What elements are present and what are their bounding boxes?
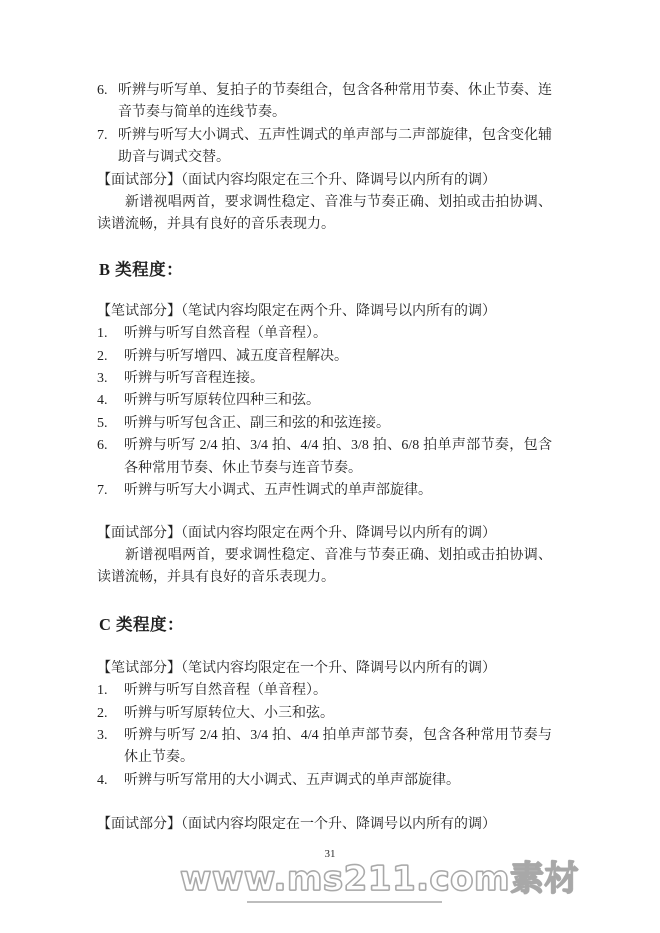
list-item: 2. 听辨与听写增四、减五度音程解决。 (97, 346, 552, 368)
item-number: 1. (97, 680, 124, 702)
item-number: 7. (97, 480, 124, 502)
item-text: 听辨与听写原转位大、小三和弦。 (124, 703, 552, 725)
item-number: 4. (97, 770, 124, 792)
list-item: 7. 听辨与听写大小调式、五声性调式的单声部旋律。 (97, 480, 552, 502)
list-item: 1. 听辨与听写自然音程（单音程）。 (97, 680, 552, 702)
item-number: 3. (97, 368, 124, 390)
item-number: 6. (97, 80, 118, 125)
list-item: 2. 听辨与听写原转位大、小三和弦。 (97, 703, 552, 725)
written-test-header: 【笔试部分】（笔试内容均限定在一个升、降调号以内所有的调） (97, 658, 552, 680)
list-item: 6. 听辨与听写 2/4 拍、3/4 拍、4/4 拍、3/8 拍、6/8 拍单声… (97, 435, 552, 480)
list-item: 5. 听辨与听写包含正、副三和弦的和弦连接。 (97, 413, 552, 435)
item-number: 2. (97, 346, 124, 368)
page-content: 6. 听辨与听写单、复拍子的节奏组合，包含各种常用节奏、休止节奏、连音节奏与简单… (97, 80, 552, 837)
item-text: 听辨与听写自然音程（单音程）。 (124, 323, 552, 345)
watermark-suffix: 素材 (510, 859, 579, 899)
sight-singing-paragraph: 新谱视唱两首，要求调性稳定、音准与节奏正确、划拍或击拍协调、读谱流畅，并具有良好… (97, 545, 552, 590)
list-item: 1. 听辨与听写自然音程（单音程）。 (97, 323, 552, 345)
item-number: 7. (97, 125, 118, 170)
item-text: 听辨与听写 2/4 拍、3/4 拍、4/4 拍、3/8 拍、6/8 拍单声部节奏… (124, 435, 552, 480)
item-text: 听辨与听写大小调式、五声性调式的单声部旋律。 (124, 480, 552, 502)
grade-c-heading: C 类程度： (99, 612, 552, 638)
list-item: 3. 听辨与听写 2/4 拍、3/4 拍、4/4 拍单声部节奏，包含各种常用节奏… (97, 725, 552, 770)
item-number: 6. (97, 435, 124, 480)
list-item: 7. 听辨与听写大小调式、五声性调式的单声部与二声部旋律，包含变化辅助音与调式交… (97, 125, 552, 170)
list-item: 6. 听辨与听写单、复拍子的节奏组合，包含各种常用节奏、休止节奏、连音节奏与简单… (97, 80, 552, 125)
item-text: 听辨与听写原转位四种三和弦。 (124, 390, 552, 412)
item-text: 听辨与听写音程连接。 (124, 368, 552, 390)
grade-b-heading: B 类程度： (99, 257, 552, 283)
list-item: 4. 听辨与听写原转位四种三和弦。 (97, 390, 552, 412)
item-text: 听辨与听写自然音程（单音程）。 (124, 680, 552, 702)
item-number: 2. (97, 703, 124, 725)
watermark: www.ms211.com素材 (180, 859, 579, 899)
item-number: 5. (97, 413, 124, 435)
list-item: 4. 听辨与听写常用的大小调式、五声调式的单声部旋律。 (97, 770, 552, 792)
sight-singing-paragraph: 新谱视唱两首，要求调性稳定、音准与节奏正确、划拍或击拍协调、读谱流畅，并具有良好… (97, 192, 552, 237)
item-text: 听辨与听写 2/4 拍、3/4 拍、4/4 拍单声部节奏，包含各种常用节奏与休止… (124, 725, 552, 770)
interview-test-header: 【面试部分】（面试内容均限定在两个升、降调号以内所有的调） (97, 523, 552, 545)
item-text: 听辨与听写单、复拍子的节奏组合，包含各种常用节奏、休止节奏、连音节奏与简单的连线… (118, 80, 552, 125)
item-number: 3. (97, 725, 124, 770)
item-text: 听辨与听写常用的大小调式、五声调式的单声部旋律。 (124, 770, 552, 792)
item-text: 听辨与听写包含正、副三和弦的和弦连接。 (124, 413, 552, 435)
item-text: 听辨与听写增四、减五度音程解决。 (124, 346, 552, 368)
interview-test-header: 【面试部分】（面试内容均限定在三个升、降调号以内所有的调） (97, 170, 552, 192)
list-item: 3. 听辨与听写音程连接。 (97, 368, 552, 390)
watermark-url: www.ms211.com (180, 859, 510, 899)
watermark-underline (247, 901, 442, 903)
item-text: 听辨与听写大小调式、五声性调式的单声部与二声部旋律，包含变化辅助音与调式交替。 (118, 125, 552, 170)
interview-test-header: 【面试部分】（面试内容均限定在一个升、降调号以内所有的调） (97, 814, 552, 836)
item-number: 4. (97, 390, 124, 412)
written-test-header: 【笔试部分】（笔试内容均限定在两个升、降调号以内所有的调） (97, 301, 552, 323)
item-number: 1. (97, 323, 124, 345)
